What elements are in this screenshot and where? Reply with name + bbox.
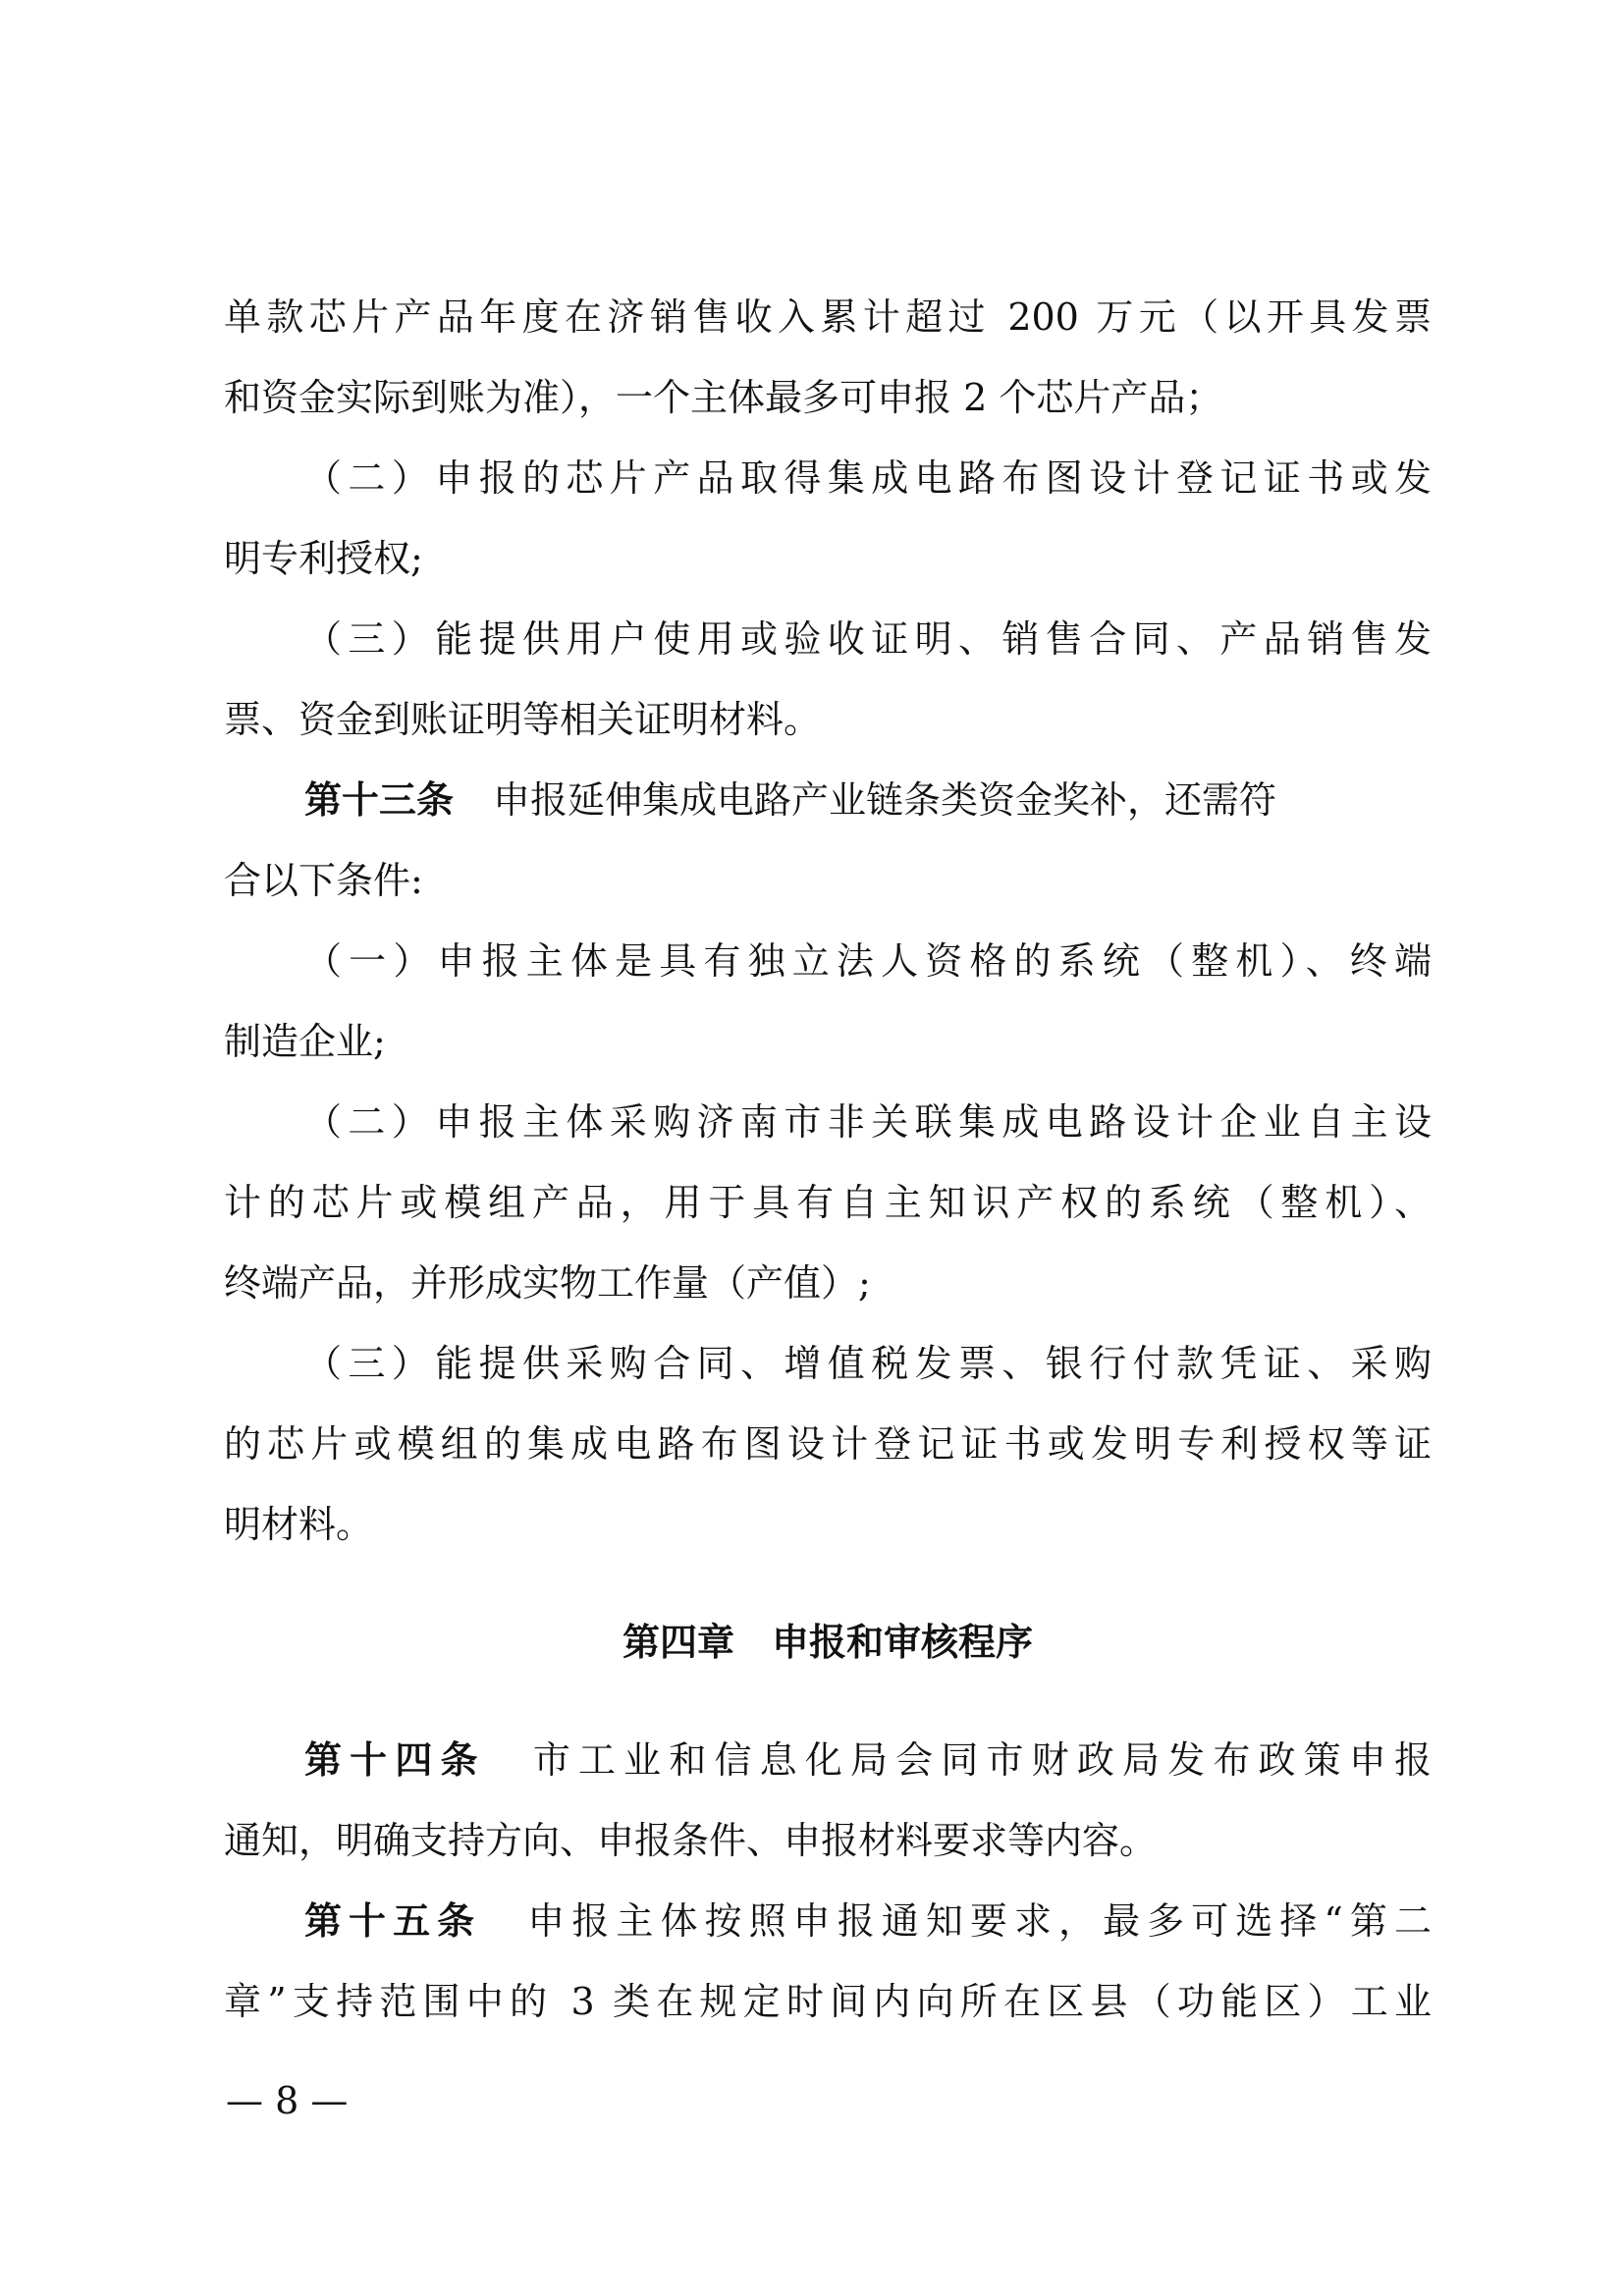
article-text: 申报延伸集成电路产业链条类资金奖补，还需符 xyxy=(493,778,1276,822)
text-line: （三）能提供采购合同、增值税发票、银行付款凭证、采购 xyxy=(224,1323,1432,1404)
paragraph-item-2: （二）申报的芯片产品取得集成电路布图设计登记证书或发 明专利授权; xyxy=(224,438,1432,599)
text-line: 单款芯片产品年度在济销售收入累计超过 200 万元（以开具发票 xyxy=(224,277,1432,357)
text-line: 明专利授权; xyxy=(224,518,1432,599)
text-line: 第十三条申报延伸集成电路产业链条类资金奖补，还需符 xyxy=(224,760,1432,840)
text-line: 通知，明确支持方向、申报条件、申报材料要求等内容。 xyxy=(224,1800,1432,1881)
text-line: 制造企业; xyxy=(224,1001,1432,1082)
article-15: 第十五条申报主体按照申报通知要求，最多可选择“第二 章”支持范围中的 3 类在规… xyxy=(224,1881,1432,2042)
article-text: 市工业和信息化局会同市财政局发布政策申报 xyxy=(525,1738,1432,1782)
text-line: 合以下条件: xyxy=(224,840,1432,921)
paragraph-continuation: 单款芯片产品年度在济销售收入累计超过 200 万元（以开具发票 和资金实际到账为… xyxy=(224,277,1432,438)
article-13-item-2: （二）申报主体采购济南市非关联集成电路设计企业自主设 计的芯片或模组产品，用于具… xyxy=(224,1082,1432,1323)
text-line: （二）申报主体采购济南市非关联集成电路设计企业自主设 xyxy=(224,1082,1432,1162)
article-13-item-1: （一）申报主体是具有独立法人资格的系统（整机）、终端 制造企业; xyxy=(224,921,1432,1082)
text-line: 和资金实际到账为准），一个主体最多可申报 2 个芯片产品； xyxy=(224,357,1432,438)
article-13-item-3: （三）能提供采购合同、增值税发票、银行付款凭证、采购 的芯片或模组的集成电路布图… xyxy=(224,1323,1432,1565)
text-line: 第十五条申报主体按照申报通知要求，最多可选择“第二 xyxy=(224,1881,1432,1961)
article-heading: 第十三条 xyxy=(304,778,454,822)
text-line: （三）能提供用户使用或验收证明、销售合同、产品销售发 xyxy=(224,599,1432,679)
article-text: 申报主体按照申报通知要求，最多可选择“第二 xyxy=(520,1899,1432,1943)
chapter-heading: 第四章申报和审核程序 xyxy=(224,1602,1432,1682)
text-line: 计的芯片或模组产品，用于具有自主知识产权的系统（整机）、 xyxy=(224,1162,1432,1243)
text-line: （二）申报的芯片产品取得集成电路布图设计登记证书或发 xyxy=(224,438,1432,518)
text-line: 终端产品，并形成实物工作量（产值）; xyxy=(224,1243,1432,1323)
text-line: （一）申报主体是具有独立法人资格的系统（整机）、终端 xyxy=(224,921,1432,1001)
text-line: 章”支持范围中的 3 类在规定时间内向所在区县（功能区）工业 xyxy=(224,1961,1432,2042)
article-heading: 第十五条 xyxy=(304,1899,481,1943)
article-14: 第十四条市工业和信息化局会同市财政局发布政策申报 通知，明确支持方向、申报条件、… xyxy=(224,1720,1432,1881)
text-line: 的芯片或模组的集成电路布图设计登记证书或发明专利授权等证 xyxy=(224,1404,1432,1484)
text-line: 第十四条市工业和信息化局会同市财政局发布政策申报 xyxy=(224,1720,1432,1800)
article-heading: 第十四条 xyxy=(304,1738,486,1782)
paragraph-item-3: （三）能提供用户使用或验收证明、销售合同、产品销售发 票、资金到账证明等相关证明… xyxy=(224,599,1432,760)
chapter-number: 第四章 xyxy=(622,1621,734,1664)
text-line: 票、资金到账证明等相关证明材料。 xyxy=(224,679,1432,760)
document-page: 单款芯片产品年度在济销售收入累计超过 200 万元（以开具发票 和资金实际到账为… xyxy=(224,277,1432,2042)
article-13: 第十三条申报延伸集成电路产业链条类资金奖补，还需符 合以下条件: xyxy=(224,760,1432,921)
page-number: — 8 — xyxy=(226,2071,348,2130)
chapter-title: 申报和审核程序 xyxy=(772,1621,1033,1664)
text-line: 明材料。 xyxy=(224,1484,1432,1565)
